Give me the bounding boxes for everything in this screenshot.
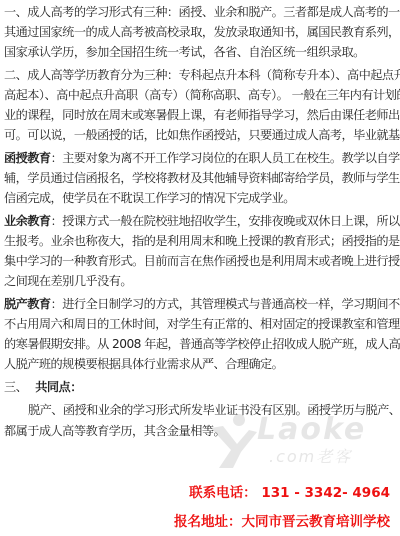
text-line: 高起本）、高中起点升高职（高专）（简称高职、高专）。 一般在三年内有计划的开设对… [4, 85, 400, 105]
term-text: ：主要对象为离不开工作学习岗位的在职人员工在校生。教学以自学为主，面授为 [51, 151, 400, 165]
watermark-brand: Laoke [257, 412, 366, 447]
text-line: 信函完成，使学员在不耽误工作学习的情况下完成学业。 [4, 188, 295, 208]
text-line: 其通过国家统一的成人高考被高校录取，发放录取通知书，属国民教育系列，列入招生计划… [4, 22, 400, 42]
runner-logo-icon [205, 410, 265, 470]
text-line: 脱产教育：进行全日制学习的方式，其管理模式与普通高校一样，学习期间不在原单位工作… [4, 294, 400, 314]
text-line: 生报考。业余也称夜大，指的是利用周末和晚上授课的教育形式；函授指的是利用假期进行 [4, 231, 400, 251]
text-line: 不占用周六和周日的工休时间，对学生有正常的、相对固定的授课教室和管理要求，有稳定 [4, 314, 400, 334]
watermark-sub: .com老客 [269, 444, 352, 467]
text-line: 都属于成人高等教育学历，其含金量相等。 [4, 421, 225, 441]
watermark-logo: Laoke .com老客 [205, 410, 365, 470]
text-line: 一、成人高考的学习形式有三种：函授、业余和脱产。三者都是成人高考的一种重要形式， [4, 2, 400, 22]
heading-number: 三、 [4, 380, 27, 394]
text-line: 业的课程，同时放在周末或寒暑假上课，有老师指导学习，然后由课任老师出题考试，通过… [4, 105, 400, 125]
term-label: 函授教育 [4, 151, 51, 165]
contact-phone: 联系电话： 131 - 3342- 4964 [189, 481, 390, 501]
heading-text: 共同点： [35, 380, 82, 394]
text-line: 集中学习的一种教育形式。目前而言在焦作函授也是利用周末或者晚上进行授课的。这二者 [4, 251, 400, 271]
section-heading: 三、共同点： [4, 377, 82, 397]
term-label: 脱产教育 [4, 297, 51, 311]
text-line: 函授教育：主要对象为离不开工作学习岗位的在职人员工在校生。教学以自学为主，面授为 [4, 148, 400, 168]
term-label: 业余教育 [4, 214, 51, 228]
text-line: 可。可以说，一般函授的话，比如焦作函授站，只要通过成人高考，毕业就基本简单了。 [4, 125, 400, 145]
term-text: ：授课方式一般在院校驻地招收学生，安排夜晚或双休日上课，所以，适合在职考 [51, 214, 400, 228]
text-line: 二、成人高等学历教育分为三种：专科起点升本科（简称专升本）、高中起点升本科（简称 [4, 65, 400, 85]
text-line: 人脱产班的规模要根据具体行业需求从严、合理确定。 [4, 354, 283, 374]
contact-address: 报名地址：大同市晋云教育培训学校 [174, 510, 390, 530]
text-line: 的寒暑假期安排。从 2008 年起，普通高等学校停止招收成人脱产班，成人高等学校… [4, 334, 400, 354]
text-line: 之间现在差别几乎没有。 [4, 271, 132, 291]
text-line: 国家承认学历，参加全国招生统一考试，各省、自治区统一组织录取。 [4, 42, 365, 62]
text-line: 业余教育：授课方式一般在院校驻地招收学生，安排夜晚或双休日上课，所以，适合在职考 [4, 211, 400, 231]
text-line: 辅，学员通过信函报名，学校将教材及其他辅导资料邮寄给学员，教师与学生的交流也通过 [4, 168, 400, 188]
term-text: ：进行全日制学习的方式，其管理模式与普通高校一样，学习期间不在原单位工作， [51, 297, 400, 311]
